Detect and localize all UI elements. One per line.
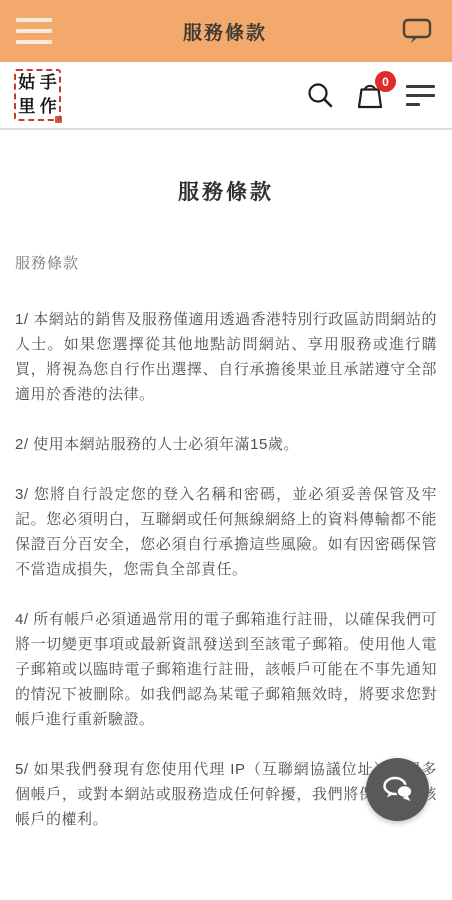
menu-icon[interactable] [16,18,52,44]
terms-paragraph: 4/ 所有帳戶必須通過常用的電子郵箱進行註冊，以確保我們可將一切變更事項或最新資… [15,607,437,732]
terms-body: 1/ 本網站的銷售及服務僅適用透過香港特別行政區訪問網站的人士。如果您選擇從其他… [15,307,437,832]
terms-paragraph: 3/ 您將自行設定您的登入名稱和密碼，並必須妥善保管及牢記。您必須明白，互聯網或… [15,482,437,582]
app-bar: 服務條款 [0,0,452,62]
live-chat-fab[interactable] [366,758,429,821]
logo-char: 姑 [18,73,35,93]
comments-icon [381,775,415,805]
terms-paragraph: 2/ 使用本網站服務的人士必須年滿15歲。 [15,432,437,457]
screen: 服務條款 姑 手 里 作 0 [0,0,452,900]
search-icon[interactable] [302,77,338,113]
logo-char: 手 [40,73,57,93]
terms-subtitle: 服務條款 [15,252,437,273]
shop-logo[interactable]: 姑 手 里 作 [14,69,61,121]
chat-bubble-icon[interactable] [398,13,436,49]
filter-sort-icon[interactable] [402,77,438,113]
terms-paragraph: 1/ 本網站的銷售及服務僅適用透過香港特別行政區訪問網站的人士。如果您選擇從其他… [15,307,437,407]
shop-header: 姑 手 里 作 0 [0,62,452,130]
page-title: 服務條款 [15,176,437,206]
logo-char: 里 [18,97,35,117]
logo-char: 作 [40,97,57,117]
app-bar-title: 服務條款 [183,18,267,45]
logo-seal-mark [55,116,62,123]
terms-content: 服務條款 服務條款 1/ 本網站的銷售及服務僅適用透過香港特別行政區訪問網站的人… [0,130,452,832]
cart-badge: 0 [375,71,396,92]
cart-icon[interactable]: 0 [352,77,388,113]
